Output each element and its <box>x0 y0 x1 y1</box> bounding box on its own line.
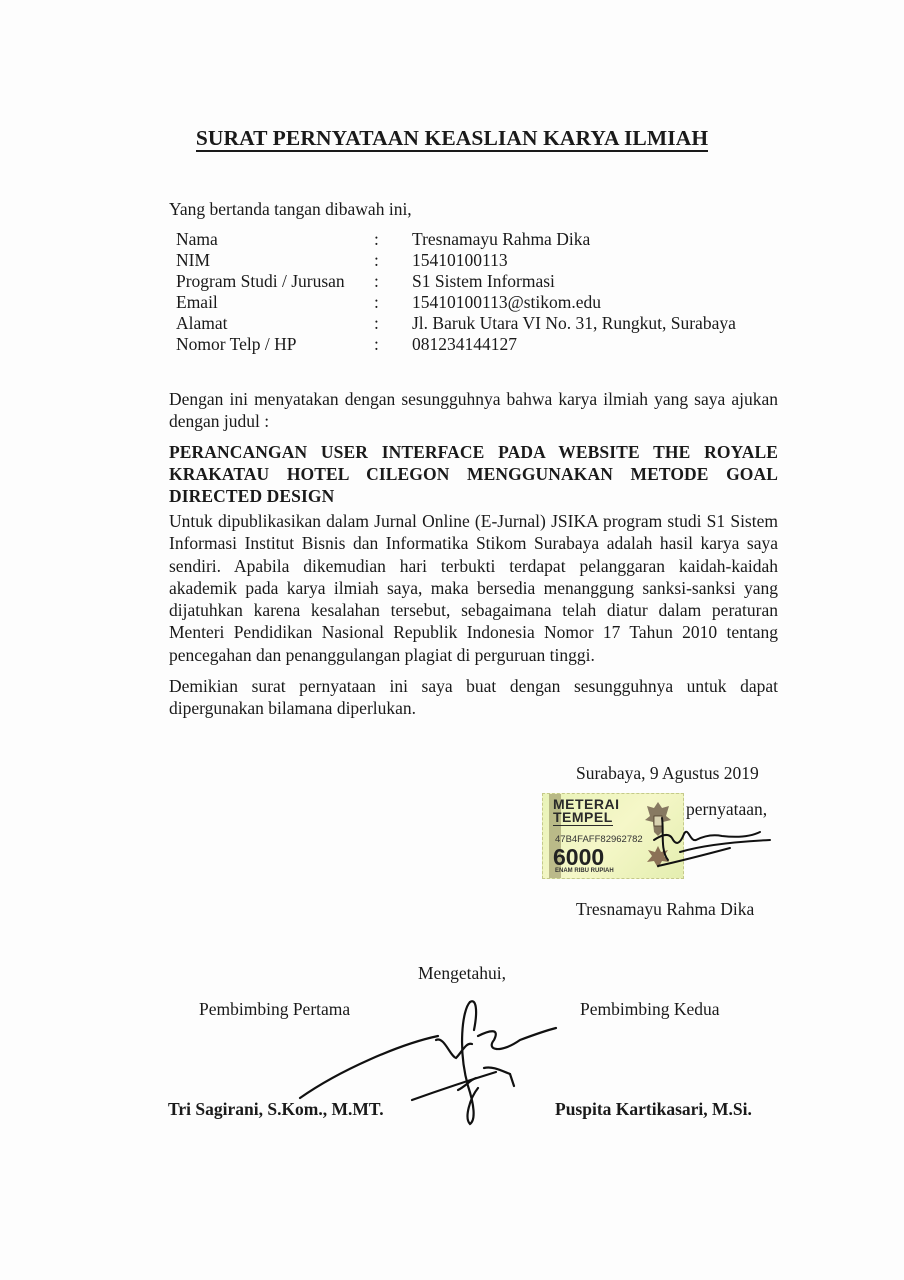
signer-role: pernyataan, <box>686 799 767 820</box>
identity-table: Nama : Tresnamayu Rahma Dika NIM : 15410… <box>176 229 736 355</box>
identity-row-email: Email : 15410100113@stikom.edu <box>176 292 736 313</box>
identity-label: NIM <box>176 250 374 271</box>
statement-intro: Dengan ini menyatakan dengan sesungguhny… <box>169 388 778 433</box>
signer-name: Tresnamayu Rahma Dika <box>576 899 754 920</box>
identity-row-program: Program Studi / Jurusan : S1 Sistem Info… <box>176 271 736 292</box>
identity-separator: : <box>374 313 412 334</box>
publication-paragraph: Untuk dipublikasikan dalam Jurnal Online… <box>169 510 778 666</box>
stamp-value: 6000 <box>553 844 604 871</box>
identity-label: Email <box>176 292 374 313</box>
identity-value: Jl. Baruk Utara VI No. 31, Rungkut, Sura… <box>412 313 736 334</box>
identity-value: 15410100113@stikom.edu <box>412 292 601 313</box>
stamp-value-text: ENAM RIBU RUPIAH <box>555 868 614 874</box>
identity-separator: : <box>374 229 412 250</box>
document-title: SURAT PERNYATAAN KEASLIAN KARYA ILMIAH <box>0 126 904 151</box>
identity-row-address: Alamat : Jl. Baruk Utara VI No. 31, Rung… <box>176 313 736 334</box>
stamp-line2: TEMPEL <box>553 809 613 826</box>
identity-row-phone: Nomor Telp / HP : 081234144127 <box>176 334 736 355</box>
identity-value: 081234144127 <box>412 334 517 355</box>
advisor1-role: Pembimbing Pertama <box>199 999 350 1020</box>
identity-label: Nomor Telp / HP <box>176 334 374 355</box>
identity-row-nim: NIM : 15410100113 <box>176 250 736 271</box>
advisor1-name: Tri Sagirani, S.Kom., M.MT. <box>168 1099 384 1120</box>
identity-separator: : <box>374 250 412 271</box>
identity-label: Alamat <box>176 313 374 334</box>
identity-row-name: Nama : Tresnamayu Rahma Dika <box>176 229 736 250</box>
intro-text: Yang bertanda tangan dibawah ini, <box>169 199 412 220</box>
approval-heading: Mengetahui, <box>418 963 506 984</box>
identity-separator: : <box>374 271 412 292</box>
identity-value: Tresnamayu Rahma Dika <box>412 229 590 250</box>
identity-label: Program Studi / Jurusan <box>176 271 374 292</box>
work-title: PERANCANGAN USER INTERFACE PADA WEBSITE … <box>169 441 778 507</box>
closing-paragraph: Demikian surat pernyataan ini saya buat … <box>169 675 778 720</box>
revenue-stamp: METERAI TEMPEL 47B4FAFF82962782 6000 ENA… <box>542 793 684 879</box>
identity-label: Nama <box>176 229 374 250</box>
place-date: Surabaya, 9 Agustus 2019 <box>576 763 759 784</box>
advisor2-name: Puspita Kartikasari, M.Si. <box>555 1099 752 1120</box>
document-page: SURAT PERNYATAAN KEASLIAN KARYA ILMIAH Y… <box>0 0 904 1280</box>
identity-separator: : <box>374 292 412 313</box>
identity-value: S1 Sistem Informasi <box>412 271 555 292</box>
advisor2-role: Pembimbing Kedua <box>580 999 720 1020</box>
identity-separator: : <box>374 334 412 355</box>
garuda-emblem-icon <box>641 798 675 874</box>
identity-value: 15410100113 <box>412 250 508 271</box>
